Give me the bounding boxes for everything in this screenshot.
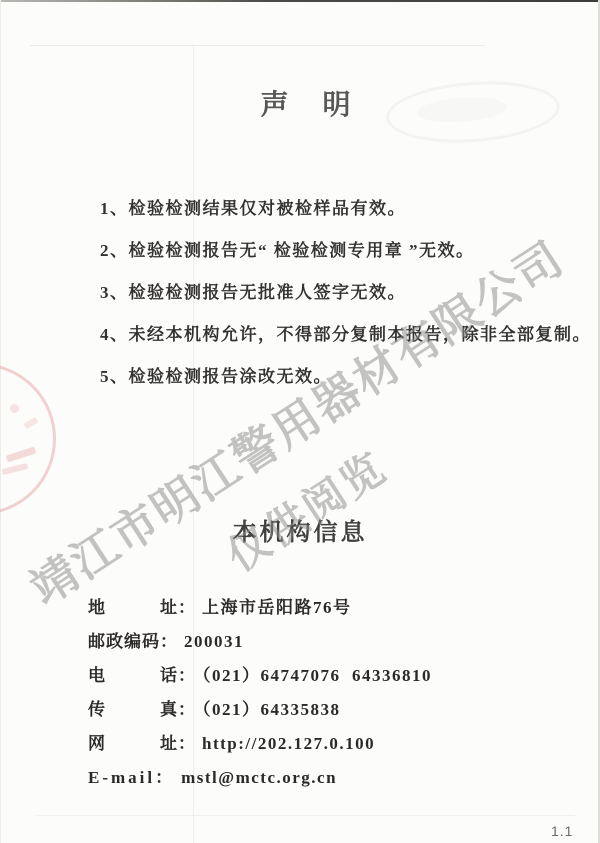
fax-value: （021）64335838	[202, 700, 341, 719]
postal-code-value: 200031	[184, 632, 244, 651]
institution-info-block: 地 址：上海市岳阳路76号 邮政编码：200031 电 话：（021）64747…	[88, 593, 432, 797]
postal-code-row: 邮政编码：200031	[88, 627, 432, 648]
institution-info-heading: 本机构信息	[0, 519, 600, 547]
page-number: 1.1	[551, 823, 573, 839]
email-row: E-mail：mstl@mctc.org.cn	[88, 763, 432, 784]
scan-edge-top-artifact	[0, 0, 600, 2]
phone-value: （021）64747076 64336810	[202, 666, 432, 685]
fold-line-horizontal-bottom	[35, 815, 575, 816]
declaration-title: 声 明	[0, 88, 600, 122]
postal-code-label: 邮政编码：	[88, 632, 178, 651]
website-row: 网 址：http://202.127.0.100	[88, 729, 432, 750]
fax-row: 传 真：（021）64335838	[88, 695, 432, 716]
red-seal-circle-arc	[0, 363, 56, 515]
scanned-document-page: 声 明 1、检验检测结果仅对被检样品有效。 2、检验检测报告无“ 检验检测专用章…	[0, 0, 600, 843]
email-value: mstl@mctc.org.cn	[181, 768, 337, 787]
red-seal-text-mark	[10, 404, 19, 413]
address-value: 上海市岳阳路76号	[202, 598, 352, 617]
statement-item-2: 2、检验检测报告无“ 检验检测专用章 ”无效。	[100, 242, 591, 260]
email-label: E-mail：	[88, 768, 175, 787]
statement-item-3: 3、检验检测报告无批准人签字无效。	[100, 284, 591, 302]
address-label: 地 址：	[88, 598, 196, 617]
fold-line-horizontal-top	[30, 45, 485, 46]
watermark-view-only-note: 仅供阅览	[220, 446, 395, 581]
statement-item-5: 5、检验检测报告涂改无效。	[100, 368, 591, 386]
website-value: http://202.127.0.100	[202, 734, 375, 753]
statement-item-1: 1、检验检测结果仅对被检样品有效。	[100, 200, 591, 218]
statement-list: 1、检验检测结果仅对被检样品有效。 2、检验检测报告无“ 检验检测专用章 ”无效…	[100, 200, 591, 410]
phone-label: 电 话：	[88, 666, 196, 685]
fax-label: 传 真：	[88, 700, 196, 719]
website-label: 网 址：	[88, 734, 196, 753]
address-row: 地 址：上海市岳阳路76号	[88, 593, 432, 614]
phone-row: 电 话：（021）64747076 64336810	[88, 661, 432, 682]
statement-item-4: 4、未经本机构允许，不得部分复制本报告，除非全部复制。	[100, 326, 591, 344]
